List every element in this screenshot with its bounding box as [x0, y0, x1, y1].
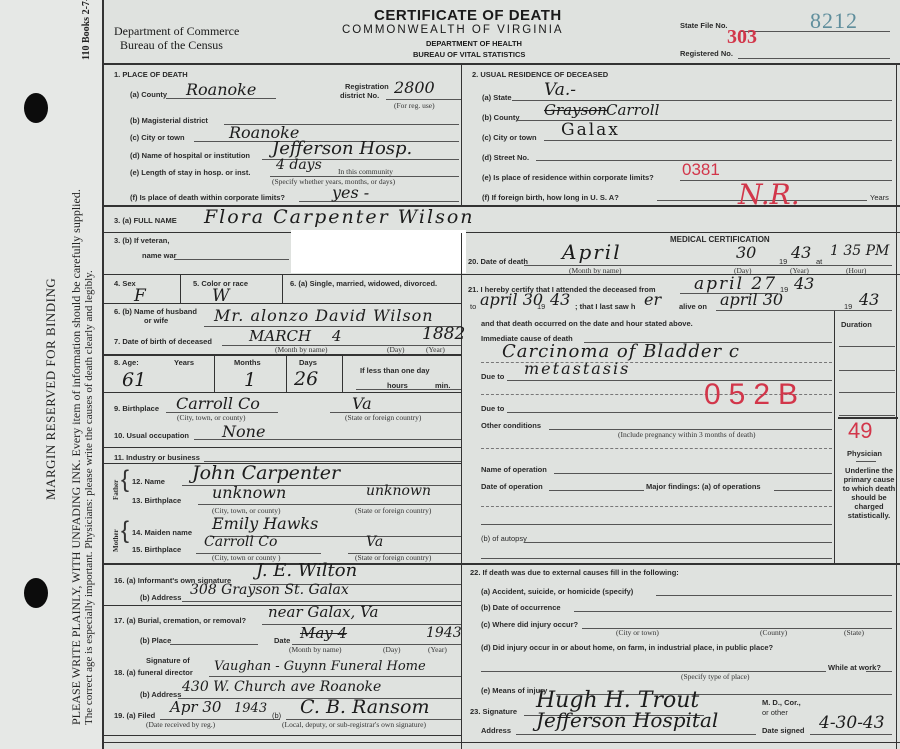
- attended-to-year[interactable]: 43: [550, 290, 570, 309]
- death-county-value[interactable]: Roanoke: [186, 80, 256, 99]
- duration-label: Duration: [841, 320, 872, 329]
- death-date-label: 20. Date of death: [468, 257, 528, 266]
- burial-value[interactable]: near Galax, Va: [268, 603, 378, 621]
- external-state-note: (State): [844, 628, 864, 637]
- burial-year-note: (Year): [428, 645, 447, 654]
- death-hour-value[interactable]: 1 35 PM: [830, 243, 889, 259]
- father-name-value[interactable]: John Carpenter: [192, 462, 340, 484]
- residence-state-label: (a) State: [482, 93, 512, 102]
- signature-label: 23. Signature: [470, 707, 517, 716]
- death-month-value[interactable]: April: [562, 240, 622, 264]
- informant-signature-value[interactable]: J. E. Wilton: [256, 560, 357, 581]
- death-city-label: (c) City or town: [130, 133, 185, 142]
- attended-to-value[interactable]: april 30: [480, 290, 543, 309]
- alive-19: 19: [844, 302, 852, 311]
- findings-label: Major findings: (a) of operations: [646, 482, 761, 491]
- age-label: 8. Age:: [114, 358, 139, 367]
- instruction-line-1: PLEASE WRITE PLAINLY, WITH UNFADING INK.…: [69, 189, 84, 725]
- death-corporate-value[interactable]: yes -: [332, 183, 369, 202]
- dept-commerce: Department of Commerce: [114, 24, 239, 39]
- state-name: COMMONWEALTH OF VIRGINIA: [342, 24, 564, 36]
- full-name-value[interactable]: Flora Carpenter Wilson: [204, 206, 475, 228]
- dob-month-value[interactable]: MARCH: [249, 327, 311, 345]
- alive-label: alive on: [679, 302, 707, 311]
- death-corporate-label: (f) Is place of death within corporate l…: [130, 193, 285, 202]
- filed-year-value[interactable]: 1943: [234, 701, 267, 716]
- state-file-label: State File No.: [680, 21, 728, 30]
- residence-heading: 2. USUAL RESIDENCE OF DECEASED: [472, 70, 608, 79]
- hospital-value[interactable]: Jefferson Hosp.: [272, 138, 412, 159]
- residence-city-label: (c) City or town: [482, 133, 537, 142]
- marital-status-label: 6. (a) Single, married, widowed, divorce…: [290, 279, 437, 288]
- father-tag: Father: [112, 480, 120, 500]
- registrar-note: (Local, deputy, or sub-registrar's own s…: [282, 720, 426, 729]
- foreign-birth-label: (f) If foreign birth, how long in U. S. …: [482, 193, 619, 202]
- cause-code-stamp: 052B: [704, 378, 806, 412]
- alive-year-value[interactable]: 43: [859, 290, 879, 309]
- death-certificate: Department of Commerce Bureau of the Cen…: [104, 0, 900, 749]
- op-date-label: Date of operation: [481, 482, 543, 491]
- occupation-label: 10. Usual occupation: [114, 431, 189, 440]
- stay-label: (e) Length of stay in hosp. or inst.: [130, 168, 250, 177]
- dob-day-note: (Day): [387, 345, 405, 354]
- due-to-label-2: Due to: [481, 404, 504, 413]
- dob-year-note: (Year): [426, 345, 445, 354]
- external-city-note: (City or town): [616, 628, 659, 637]
- residence-state-value[interactable]: Va.-: [544, 80, 576, 100]
- filed-note: (Date received by reg.): [146, 720, 215, 729]
- industry-label: 11. Industry or business: [114, 453, 200, 462]
- mother-birth-city-value[interactable]: Carroll Co: [204, 534, 277, 550]
- county-label: (a) County: [130, 90, 167, 99]
- residence-county-value[interactable]: Carroll: [606, 101, 659, 119]
- due-to-value-1[interactable]: metastasis: [524, 359, 630, 378]
- sex-label: 4. Sex: [114, 279, 136, 288]
- hospital-label: (d) Name of hospital or institution: [130, 151, 250, 160]
- certificate-title: CERTIFICATE OF DEATH: [374, 7, 562, 24]
- mother-birthplace-label: 15. Birthplace: [132, 545, 181, 554]
- bureau-vital: BUREAU OF VITAL STATISTICS: [413, 50, 525, 59]
- operation-label: Name of operation: [481, 465, 547, 474]
- place-of-death-heading: 1. PLACE OF DEATH: [114, 70, 188, 79]
- or-other-label: or other: [762, 708, 788, 717]
- filed-date-value[interactable]: Apr 30: [170, 698, 221, 716]
- pregnancy-note: (Include pregnancy within 3 months of de…: [618, 430, 755, 439]
- physician-address-value[interactable]: Jefferson Hospital: [536, 708, 718, 732]
- magisterial-label: (b) Magisterial district: [130, 116, 208, 125]
- external-county-note: (County): [760, 628, 787, 637]
- external-c-label: (c) Where did injury occur?: [481, 620, 578, 629]
- age-days-value[interactable]: 26: [294, 368, 318, 390]
- dob-year-value[interactable]: 1882: [422, 324, 465, 344]
- father-birth-city-value[interactable]: unknown: [212, 483, 286, 502]
- father-birthplace-label: 13. Birthplace: [132, 496, 181, 505]
- dob-day-value[interactable]: 4: [332, 327, 342, 345]
- mother-brace-icon: {: [121, 517, 129, 545]
- registration-district-value[interactable]: 2800: [394, 78, 435, 97]
- punch-hole-top: [24, 93, 48, 123]
- district-label: district No.: [340, 91, 379, 100]
- funeral-director-label-2: 18. (a) funeral director: [114, 668, 193, 677]
- birthplace-city-value[interactable]: Carroll Co: [176, 394, 260, 413]
- father-state-note: (State or foreign country): [355, 506, 431, 515]
- last-saw-label: ; that I last saw h: [575, 302, 635, 311]
- to-label: to: [470, 302, 476, 311]
- certificate-header: Department of Commerce Bureau of the Cen…: [104, 0, 900, 62]
- registrar-b-label: (b): [272, 711, 281, 720]
- years-label: Years: [870, 193, 889, 202]
- residence-code-stamp: 0381: [682, 160, 720, 180]
- dob-label: 7. Date of birth of deceased: [114, 337, 212, 346]
- date-signed-value[interactable]: 4-30-43: [819, 713, 885, 733]
- fd-address-value[interactable]: 430 W. Church ave Roanoke: [182, 679, 381, 695]
- birthplace-city-note: (City, town, or county): [177, 413, 245, 422]
- instruction-line-2: The correct age is especially important.…: [83, 270, 95, 725]
- age-years-value[interactable]: 61: [122, 369, 146, 391]
- mother-tag: Mother: [112, 529, 120, 552]
- funeral-director-label-1: Signature of: [146, 656, 190, 665]
- residence-corporate-label: (e) Is place of residence within corpora…: [482, 173, 654, 182]
- external-a-label: (a) Accident, suicide, or homicide (spec…: [481, 587, 633, 596]
- birthplace-state-note: (State or foreign country): [345, 413, 421, 422]
- stay-value[interactable]: 4 days: [276, 157, 322, 173]
- punch-hole-bottom: [24, 578, 48, 608]
- physician-label: Physician: [847, 449, 882, 458]
- binding-note: MARGIN RESERVED FOR BINDING: [43, 278, 59, 500]
- father-birth-state-value[interactable]: unknown: [366, 483, 431, 499]
- attended-to-19: 19: [537, 302, 545, 311]
- occupation-value[interactable]: None: [222, 422, 265, 441]
- date-signed-label: Date signed: [762, 726, 805, 735]
- occurred-label: and that death occurred on the date and …: [481, 319, 693, 328]
- full-name-label: 3. (a) FULL NAME: [114, 216, 177, 225]
- last-saw-pronoun[interactable]: er: [644, 290, 661, 309]
- birthplace-label: 9. Birthplace: [114, 404, 159, 413]
- burial-year-value[interactable]: 1943: [426, 625, 462, 641]
- physician-code-stamp: 49: [848, 418, 872, 444]
- registrar-signature-value[interactable]: C. B. Ransom: [300, 696, 430, 718]
- binding-margin: MARGIN RESERVED FOR BINDING 110 Books 2-…: [0, 0, 103, 749]
- dob-month-note: (Month by name): [275, 345, 328, 354]
- md-label: M. D., Cor.,: [762, 698, 801, 707]
- burial-date-label: Date: [274, 636, 290, 645]
- residence-county-label: (b) County: [482, 113, 520, 122]
- external-d-label: (d) Did injury occur in or about home, o…: [481, 643, 773, 652]
- age-months-value[interactable]: 1: [244, 369, 256, 391]
- age-days-label: Days: [299, 358, 317, 367]
- informant-address-label: (b) Address: [140, 593, 181, 602]
- burial-day-note: (Day): [383, 645, 401, 654]
- mother-birth-state-value[interactable]: Va: [366, 534, 383, 550]
- father-name-label: 12. Name: [132, 477, 165, 486]
- physician-address-label: Address: [481, 726, 511, 735]
- less-than-day-label: If less than one day: [360, 366, 430, 375]
- state-file-number: 8212: [810, 8, 858, 34]
- stay-suffix: In this community: [338, 167, 393, 176]
- autopsy-label: (b) of autopsy: [481, 534, 527, 543]
- at-label: at: [816, 257, 822, 266]
- birthplace-state-value[interactable]: Va: [352, 394, 372, 413]
- alive-date-value[interactable]: april 30: [720, 290, 783, 309]
- redacted-area: [291, 230, 466, 273]
- registration-label: Registration: [345, 82, 389, 91]
- mother-name-value[interactable]: Emily Hawks: [212, 514, 318, 533]
- external-b-label: (b) Date of occurrence: [481, 603, 561, 612]
- reg-use-note: (For reg. use): [394, 101, 435, 110]
- bureau-census: Bureau of the Census: [120, 38, 223, 53]
- death-year-value[interactable]: 43: [791, 243, 811, 262]
- death-year-prefix: 19: [779, 257, 787, 266]
- registered-label: Registered No.: [680, 49, 733, 58]
- death-day-value[interactable]: 30: [736, 243, 756, 262]
- underline-note: Underline the primary cause to which dea…: [839, 466, 899, 520]
- father-brace-icon: {: [121, 466, 129, 494]
- street-label: (d) Street No.: [482, 153, 529, 162]
- name-war-label: name war: [142, 251, 177, 260]
- book-note: 110 Books 2-7-41.: [81, 0, 92, 60]
- spouse-value[interactable]: Mr. alonzo David Wilson: [214, 306, 434, 325]
- mother-state-note: (State or foreign country): [355, 553, 431, 562]
- burial-date-value[interactable]: May 4: [300, 624, 347, 642]
- residence-city-value[interactable]: Galax: [561, 120, 620, 140]
- veteran-label: 3. (b) If veteran,: [114, 236, 169, 245]
- burial-month-note: (Month by name): [289, 645, 342, 654]
- funeral-director-value[interactable]: Vaughan - Guynn Funeral Home: [214, 659, 426, 674]
- informant-address-value[interactable]: 308 Grayson St. Galax: [190, 582, 349, 598]
- filed-label: 19. (a) Filed: [114, 711, 155, 720]
- external-heading: 22. If death was due to external causes …: [470, 568, 679, 577]
- or-wife-label: or wife: [144, 316, 168, 325]
- attended-from-year[interactable]: 43: [794, 274, 814, 293]
- registered-stamp: 303: [727, 26, 757, 49]
- place-type-note: (Specify type of place): [681, 672, 750, 681]
- spouse-label: 6. (b) Name of husband: [114, 307, 197, 316]
- age-months-label: Months: [234, 358, 261, 367]
- other-conditions-label: Other conditions: [481, 421, 541, 430]
- due-to-label-1: Due to: [481, 372, 504, 381]
- burial-label: 17. (a) Burial, cremation, or removal?: [114, 616, 246, 625]
- age-years-label: Years: [174, 358, 194, 367]
- residence-county-struck: Grayson: [544, 101, 607, 119]
- burial-place-label: (b) Place: [140, 636, 171, 645]
- mother-name-label: 14. Maiden name: [132, 528, 192, 537]
- dept-health: DEPARTMENT OF HEALTH: [426, 39, 522, 48]
